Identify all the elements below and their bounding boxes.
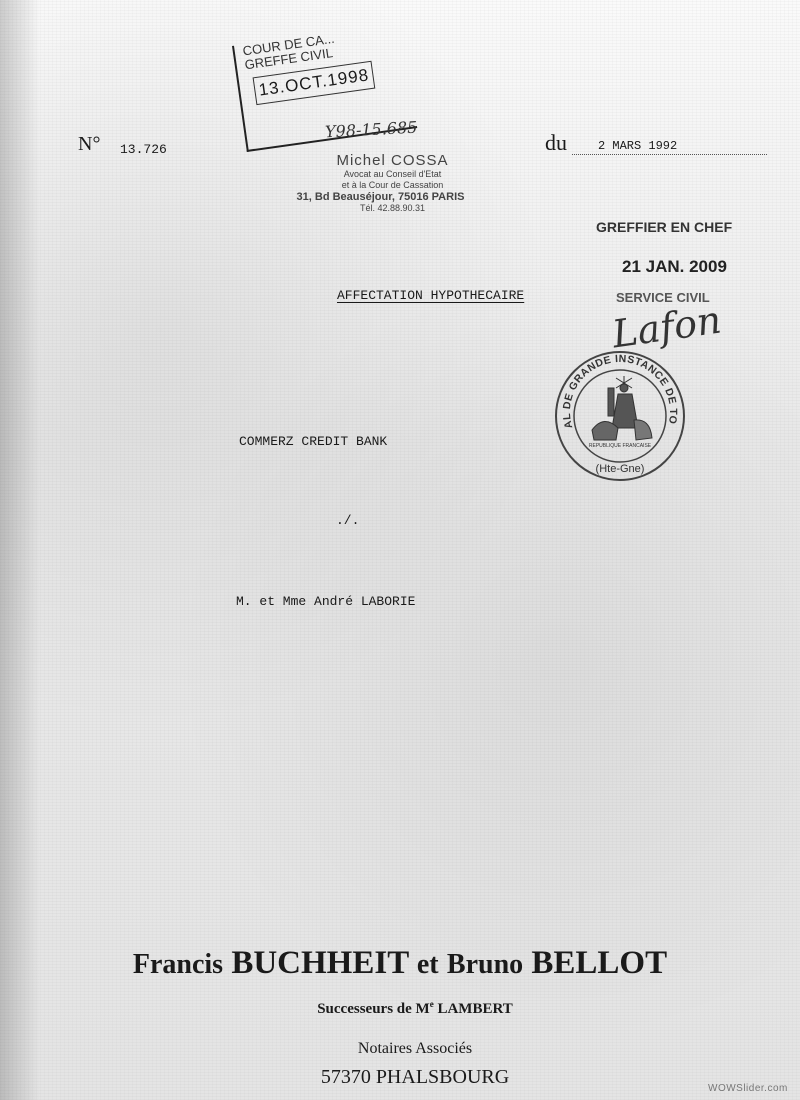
scan-edge-shadow — [0, 0, 40, 1100]
firm-last-name-1: BUCHHEIT — [231, 945, 408, 981]
party-debtor: M. et Mme André LABORIE — [236, 594, 415, 609]
lawyer-phone: Tél. 42.88.90.31 — [300, 203, 485, 213]
greffier-title: GREFFIER EN CHEF — [596, 219, 732, 235]
svg-text:(Hte-Gne): (Hte-Gne) — [596, 463, 645, 475]
successors-sup: e — [430, 999, 434, 1009]
date-label: du — [545, 130, 567, 156]
firm-conjunction: et — [417, 949, 439, 980]
lawyer-title-2: et à la Cour de Cassation — [300, 180, 485, 191]
firm-first-name-2: Bruno — [447, 949, 523, 980]
firm-city: 57370 PHALSBOURG — [0, 1066, 800, 1089]
successors-name: LAMBERT — [437, 1001, 512, 1017]
seal-icon: TRIBUNAL DE GRANDE INSTANCE DE TOULOUSE … — [552, 348, 688, 484]
successors-line: Successeurs de Me LAMBERT — [0, 999, 800, 1018]
document-title: AFFECTATION HYPOTHECAIRE — [337, 288, 524, 303]
watermark: WOWSlider.com — [708, 1083, 788, 1094]
tribunal-seal: TRIBUNAL DE GRANDE INSTANCE DE TOULOUSE … — [552, 348, 688, 484]
number-label: N° — [78, 133, 100, 156]
firm-last-name-2: BELLOT — [531, 945, 667, 981]
number-value: 13.726 — [120, 142, 167, 157]
lawyer-name: Michel COSSA — [300, 152, 485, 169]
successors-prefix: Successeurs de M — [317, 1001, 430, 1017]
lawyer-stamp: Michel COSSA Avocat au Conseil d'Etat et… — [300, 152, 485, 213]
lawyer-address: 31, Bd Beauséjour, 75016 PARIS — [276, 191, 485, 203]
lawyer-title-1: Avocat au Conseil d'Etat — [300, 169, 485, 180]
firm-first-name-1: Francis — [133, 949, 223, 980]
party-creditor: COMMERZ CREDIT BANK — [239, 434, 387, 449]
svg-text:REPUBLIQUE FRANCAISE: REPUBLIQUE FRANCAISE — [589, 443, 652, 449]
party-separator: ./. — [336, 513, 359, 528]
firm-role: Notaires Associés — [0, 1040, 800, 1058]
firm-name: Francis BUCHHEIT et Bruno BELLOT — [0, 945, 800, 982]
greffier-date: 21 JAN. 2009 — [622, 257, 727, 277]
date-value: 2 MARS 1992 — [598, 139, 677, 153]
